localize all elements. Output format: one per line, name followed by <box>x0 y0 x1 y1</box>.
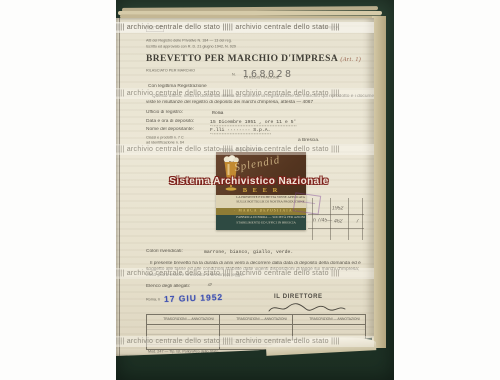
registry-line: Atti del Registro delle Privative N. 184… <box>146 39 232 43</box>
trademark-beer-label: Splendid B E E R LA PRESENTE ETICHETTA V… <box>216 152 306 230</box>
table-header-text: TRASCRIZIONI — ANNOTAZIONI <box>236 317 276 322</box>
table-header-row: TRASCRIZIONI — ANNOTAZIONI TRASCRIZIONI … <box>147 315 365 325</box>
archive-photo: 115 · 47 Mod. B.V.A. Atti del Registro d… <box>116 0 394 380</box>
certificate-page: 115 · 47 Mod. B.V.A. Atti del Registro d… <box>116 18 374 356</box>
field-label-data: Data e ora di deposito: <box>146 119 194 124</box>
paragraph-line: viste le risultanze del registro di depo… <box>146 100 313 105</box>
document-title: BREVETTO PER MARCHIO D'IMPRESA (Art. 1) <box>146 54 361 64</box>
paragraph-line: Il presente brevetto ha la durata di ann… <box>150 261 361 266</box>
label-teal-band: FABBRICA DI BIRRA — SOCIETÀ PER AZIONI S… <box>216 215 306 230</box>
pencil-note: 462 <box>334 219 343 224</box>
label-small-text: STABILIMENTO ED UFFICI IN BRESCIA <box>236 220 286 225</box>
field-value-ufficio: Roma <box>212 110 224 116</box>
pencil-grid-line <box>348 198 349 240</box>
archive-watermark-band: |||| archivio centrale dello stato |||||… <box>116 336 374 347</box>
table-header-cell: TRASCRIZIONI — ANNOTAZIONI <box>293 315 365 324</box>
subtitle: RILASCIATO PER MARCHIO <box>146 69 195 73</box>
registry-line: Iscritto ed approvato con R. D. 21 giugn… <box>146 45 236 49</box>
number-prefix: N. <box>232 73 236 77</box>
table-header-text: TRASCRIZIONI — ANNOTAZIONI <box>309 317 349 322</box>
violet-stamp <box>293 192 321 214</box>
colors-claimed-value: marrone, bianco, giallo, verde. <box>204 249 293 255</box>
table-header-text: TRASCRIZIONI — ANNOTAZIONI <box>163 317 203 322</box>
director-signature <box>266 301 348 315</box>
beer-label-artwork: Splendid B E E R <box>216 152 306 195</box>
national-archive-watermark: Sistema Archivistico Nazionale <box>154 176 344 187</box>
number-caption: DI REGISTRAZIONE <box>244 76 279 80</box>
label-small-text: SULLE BOTTIGLIE DI NOSTRA PRODUZIONE <box>236 200 286 205</box>
attachments-value: /// <box>208 283 212 288</box>
title-note: (Art. 1) <box>340 57 361 63</box>
archive-watermark-band: |||| archivio centrale dello stato |||||… <box>116 88 374 99</box>
pencil-note: 1952 <box>332 206 343 211</box>
director-label: IL DIRETTORE <box>274 294 323 300</box>
page-left-edge <box>119 18 120 356</box>
field-value-data: 15 Dicembre 1951 , ore 11 e 5' <box>210 119 296 126</box>
label-gold-text: · MARCA DEPOSITATA · <box>234 208 288 215</box>
field-label-ufficio: Ufficio di registro: <box>146 110 183 115</box>
pencil-grid-line <box>308 228 364 229</box>
place-note: a Brescia. <box>298 138 319 143</box>
archive-watermark-band: |||| archivio centrale dello stato |||||… <box>116 268 374 279</box>
blue-date-stamp: 17 GIU 1952 <box>164 292 224 304</box>
archive-watermark-band: |||| archivio centrale dello stato |||||… <box>116 144 374 155</box>
pencil-grid-line <box>308 214 364 215</box>
pencil-grid-line <box>362 198 363 240</box>
table-header-cell: TRASCRIZIONI — ANNOTAZIONI <box>147 315 220 324</box>
label-beer-word: B E E R <box>216 187 306 194</box>
field-value-nome: F.lli ········ S.p.A. <box>210 127 271 134</box>
field-label-nome: Nome del depositante: <box>146 127 194 132</box>
table-header-cell: TRASCRIZIONI — ANNOTAZIONI <box>220 315 293 324</box>
title-text: BREVETTO PER MARCHIO D'IMPRESA <box>146 54 338 64</box>
roma-li-label: Roma, lì <box>146 298 160 302</box>
scanned-document-viewer: 115 · 47 Mod. B.V.A. Atti del Registro d… <box>0 0 500 380</box>
margin-note: Classi e prodotti n. 7 C <box>146 136 184 140</box>
underlying-sheet-edge <box>372 16 386 348</box>
pencil-note: n 7/45— <box>313 218 332 223</box>
label-small-text: FABBRICA DI BIRRA — SOCIETÀ PER AZIONI <box>236 215 286 220</box>
attachments-label: Elenco degli allegati: <box>146 284 190 289</box>
pencil-note: 7 <box>356 219 359 224</box>
print-footnote: Mod. 247 — Tip. Ist. Poligrafico dello S… <box>148 350 218 354</box>
colors-claimed-label: Colori rivendicati: <box>146 249 183 254</box>
archive-watermark-band: |||| archivio centrale dello stato |||||… <box>116 22 374 33</box>
